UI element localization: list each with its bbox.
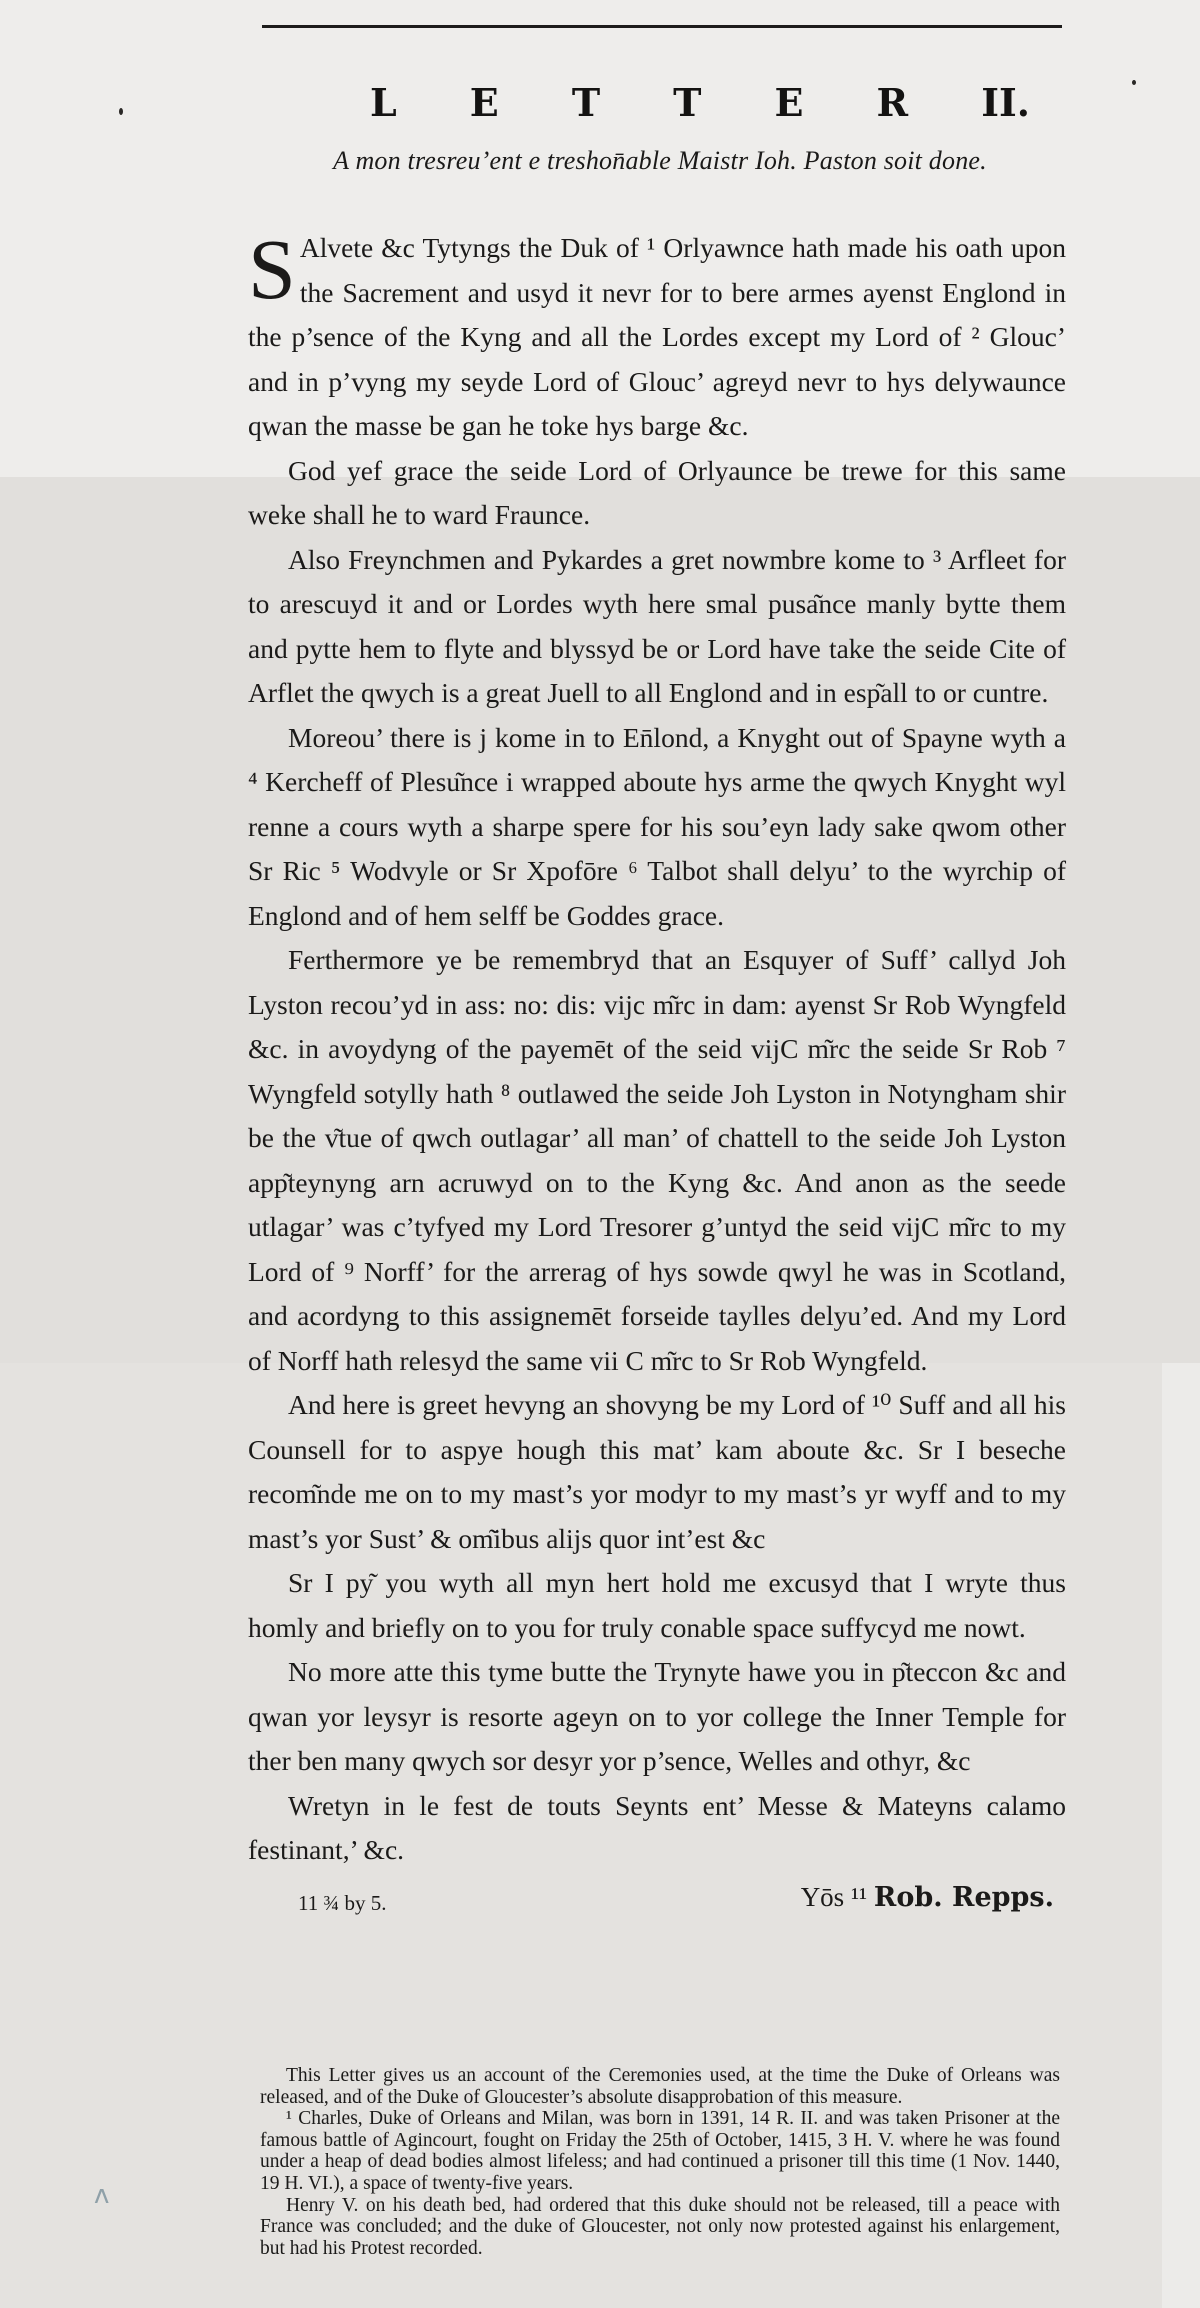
signature: Yōs ¹¹ Rob. Repps. bbox=[801, 1875, 1054, 1921]
letter-title: L E T T E R II. bbox=[370, 80, 1030, 125]
title-letter: E bbox=[775, 80, 804, 125]
title-letter: II. bbox=[981, 80, 1030, 125]
footnote: Henry V. on his death bed, had ordered t… bbox=[260, 2195, 1060, 2260]
title-letter: R bbox=[877, 80, 909, 125]
paper-edge bbox=[1162, 1363, 1200, 2308]
paper-size-note: 11 ¾ by 5. bbox=[298, 1881, 386, 1926]
paragraph: Sr I py͂ you wyth all myn hert hold me e… bbox=[248, 1561, 1066, 1650]
title-letter: T bbox=[673, 80, 701, 125]
title-letter: T bbox=[572, 80, 600, 125]
paper-speck bbox=[1132, 80, 1136, 85]
paragraph: God yef grace the seide Lord of Orlyaunc… bbox=[248, 449, 1066, 538]
paper-speck bbox=[119, 108, 123, 115]
paragraph: And here is greet hevyng an shovyng be m… bbox=[248, 1383, 1066, 1561]
letter-address: A mon tresreu’ent e treshon̄able Maistr … bbox=[250, 146, 1070, 176]
signature-line: 11 ¾ by 5. Yōs ¹¹ Rob. Repps. bbox=[248, 1875, 1066, 1919]
drop-cap: S bbox=[248, 234, 296, 304]
header-rule bbox=[262, 25, 1062, 28]
paragraph: Also Freynchmen and Pykardes a gret nowm… bbox=[248, 538, 1066, 716]
letter-body: SAlvete &c Tytyngs the Duk of ¹ Orlyawnc… bbox=[248, 226, 1066, 1919]
signature-name: Rob. Repps. bbox=[874, 1882, 1054, 1913]
title-letter: E bbox=[470, 80, 499, 125]
paragraph: No more atte this tyme butte the Trynyte… bbox=[248, 1650, 1066, 1784]
paragraph: Moreou’ there is j kome in to En̄lond, a… bbox=[248, 716, 1066, 939]
paragraph: SAlvete &c Tytyngs the Duk of ¹ Orlyawnc… bbox=[248, 226, 1066, 449]
footnote: This Letter gives us an account of the C… bbox=[260, 2065, 1060, 2108]
footnote: ¹ Charles, Duke of Orleans and Milan, wa… bbox=[260, 2108, 1060, 2194]
title-letter: L bbox=[370, 80, 397, 125]
paragraph: Wretyn in le fest de touts Seynts ent’ M… bbox=[248, 1784, 1066, 1873]
ink-smudge: ᴧ bbox=[94, 2180, 109, 2210]
paragraph: Ferthermore ye be remembryd that an Esqu… bbox=[248, 938, 1066, 1383]
footnotes: This Letter gives us an account of the C… bbox=[260, 2065, 1060, 2259]
